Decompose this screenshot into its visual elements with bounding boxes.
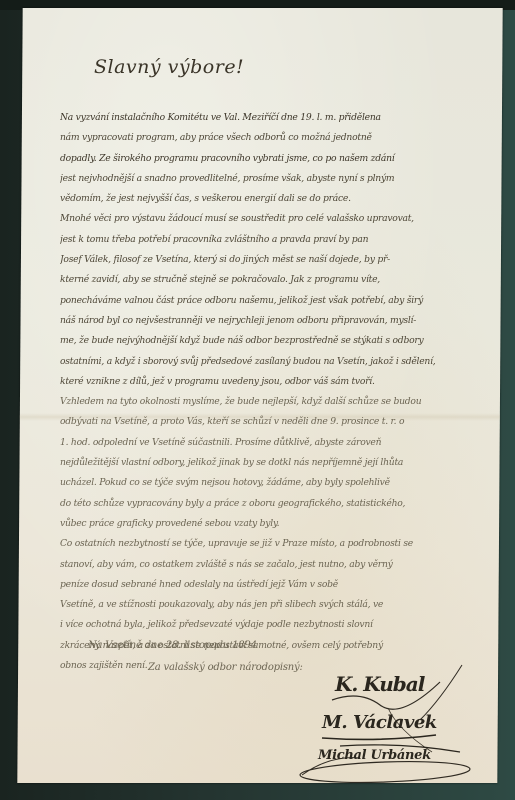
letter-line: 1. hod. odpolední ve Vsetíně súčastnili.… [60,433,500,453]
letter-line: peníze dosud sebrané hned odeslaly na ús… [60,575,500,595]
letter-line: odbývati na Vsetíně, a proto Vás, kteří … [60,412,500,432]
letter-line: nám vypracovati program, aby práce všech… [60,128,500,148]
letter-line: dopadly. Ze širokého programu pracovního… [60,149,500,169]
letter-line: do této schůze vypracovány byly a práce … [60,494,500,514]
letter-line: ucházel. Pokud co se týče svým nejsou ho… [60,473,500,493]
letter-salutation: Slavný výbore! [94,56,244,78]
letter-line: jest nejvhodnější a snadno provedlitelné… [60,169,500,189]
signature-urbanek: Michal Urbánek [318,748,431,763]
letter-line: ostatními, a když i sborový svůj předsed… [60,352,500,372]
letter-line: náš národ byl co nejvšestranněji ve nejr… [60,311,500,331]
letter-line: nejdůležitější vlastní odbory, jelikož j… [60,453,500,473]
letter-line: kterné zavidí, aby se stručně stejně se … [60,270,500,290]
letter-line: vědomím, že jest nejvyšší čas, s veškero… [60,189,500,209]
letter-body: Na vyzvání instalačního Komitétu ve Val.… [60,108,500,676]
letter-line: i více ochotná byla, jelikož předsevzaté… [60,615,500,635]
letter-line: stanoví, aby vám, co ostatkem zvláště s … [60,555,500,575]
signature-vaclavek: M. Václavek [322,712,437,733]
letter-line: Na vyzvání instalačního Komitétu ve Val.… [60,108,500,128]
letter-line: Mnohé věci pro výstavu žádoucí musí se s… [60,209,500,229]
letter-line: Co ostatních nezbytností se týče, upravu… [60,534,500,554]
signature-kubal: K. Kubal [335,672,424,696]
letter-line: vůbec práce graficky provedené sebou vza… [60,514,500,534]
committee-signoff: Za valašský odbor národopisný: [148,662,303,673]
letter-line: Josef Válek, filosof ze Vsetína, který s… [60,250,500,270]
letter-line: Vzhledem na tyto okolnosti myslíme, že b… [60,392,500,412]
letter-line: ponecháváme valnou část práce odboru naš… [60,291,500,311]
place-and-date: Na Vsetíně dne 28. listopadu 1894 [88,640,257,651]
letter-line: Vsetíně, a ve stížnosti poukazovaly, aby… [60,595,500,615]
letter-line: jest k tomu třeba potřebí pracovníka zvl… [60,230,500,250]
letter-line: které vznikne z dílů, jež v programu uve… [60,372,500,392]
letter-line: me, že bude nejvýhodnější když bude náš … [60,331,500,351]
